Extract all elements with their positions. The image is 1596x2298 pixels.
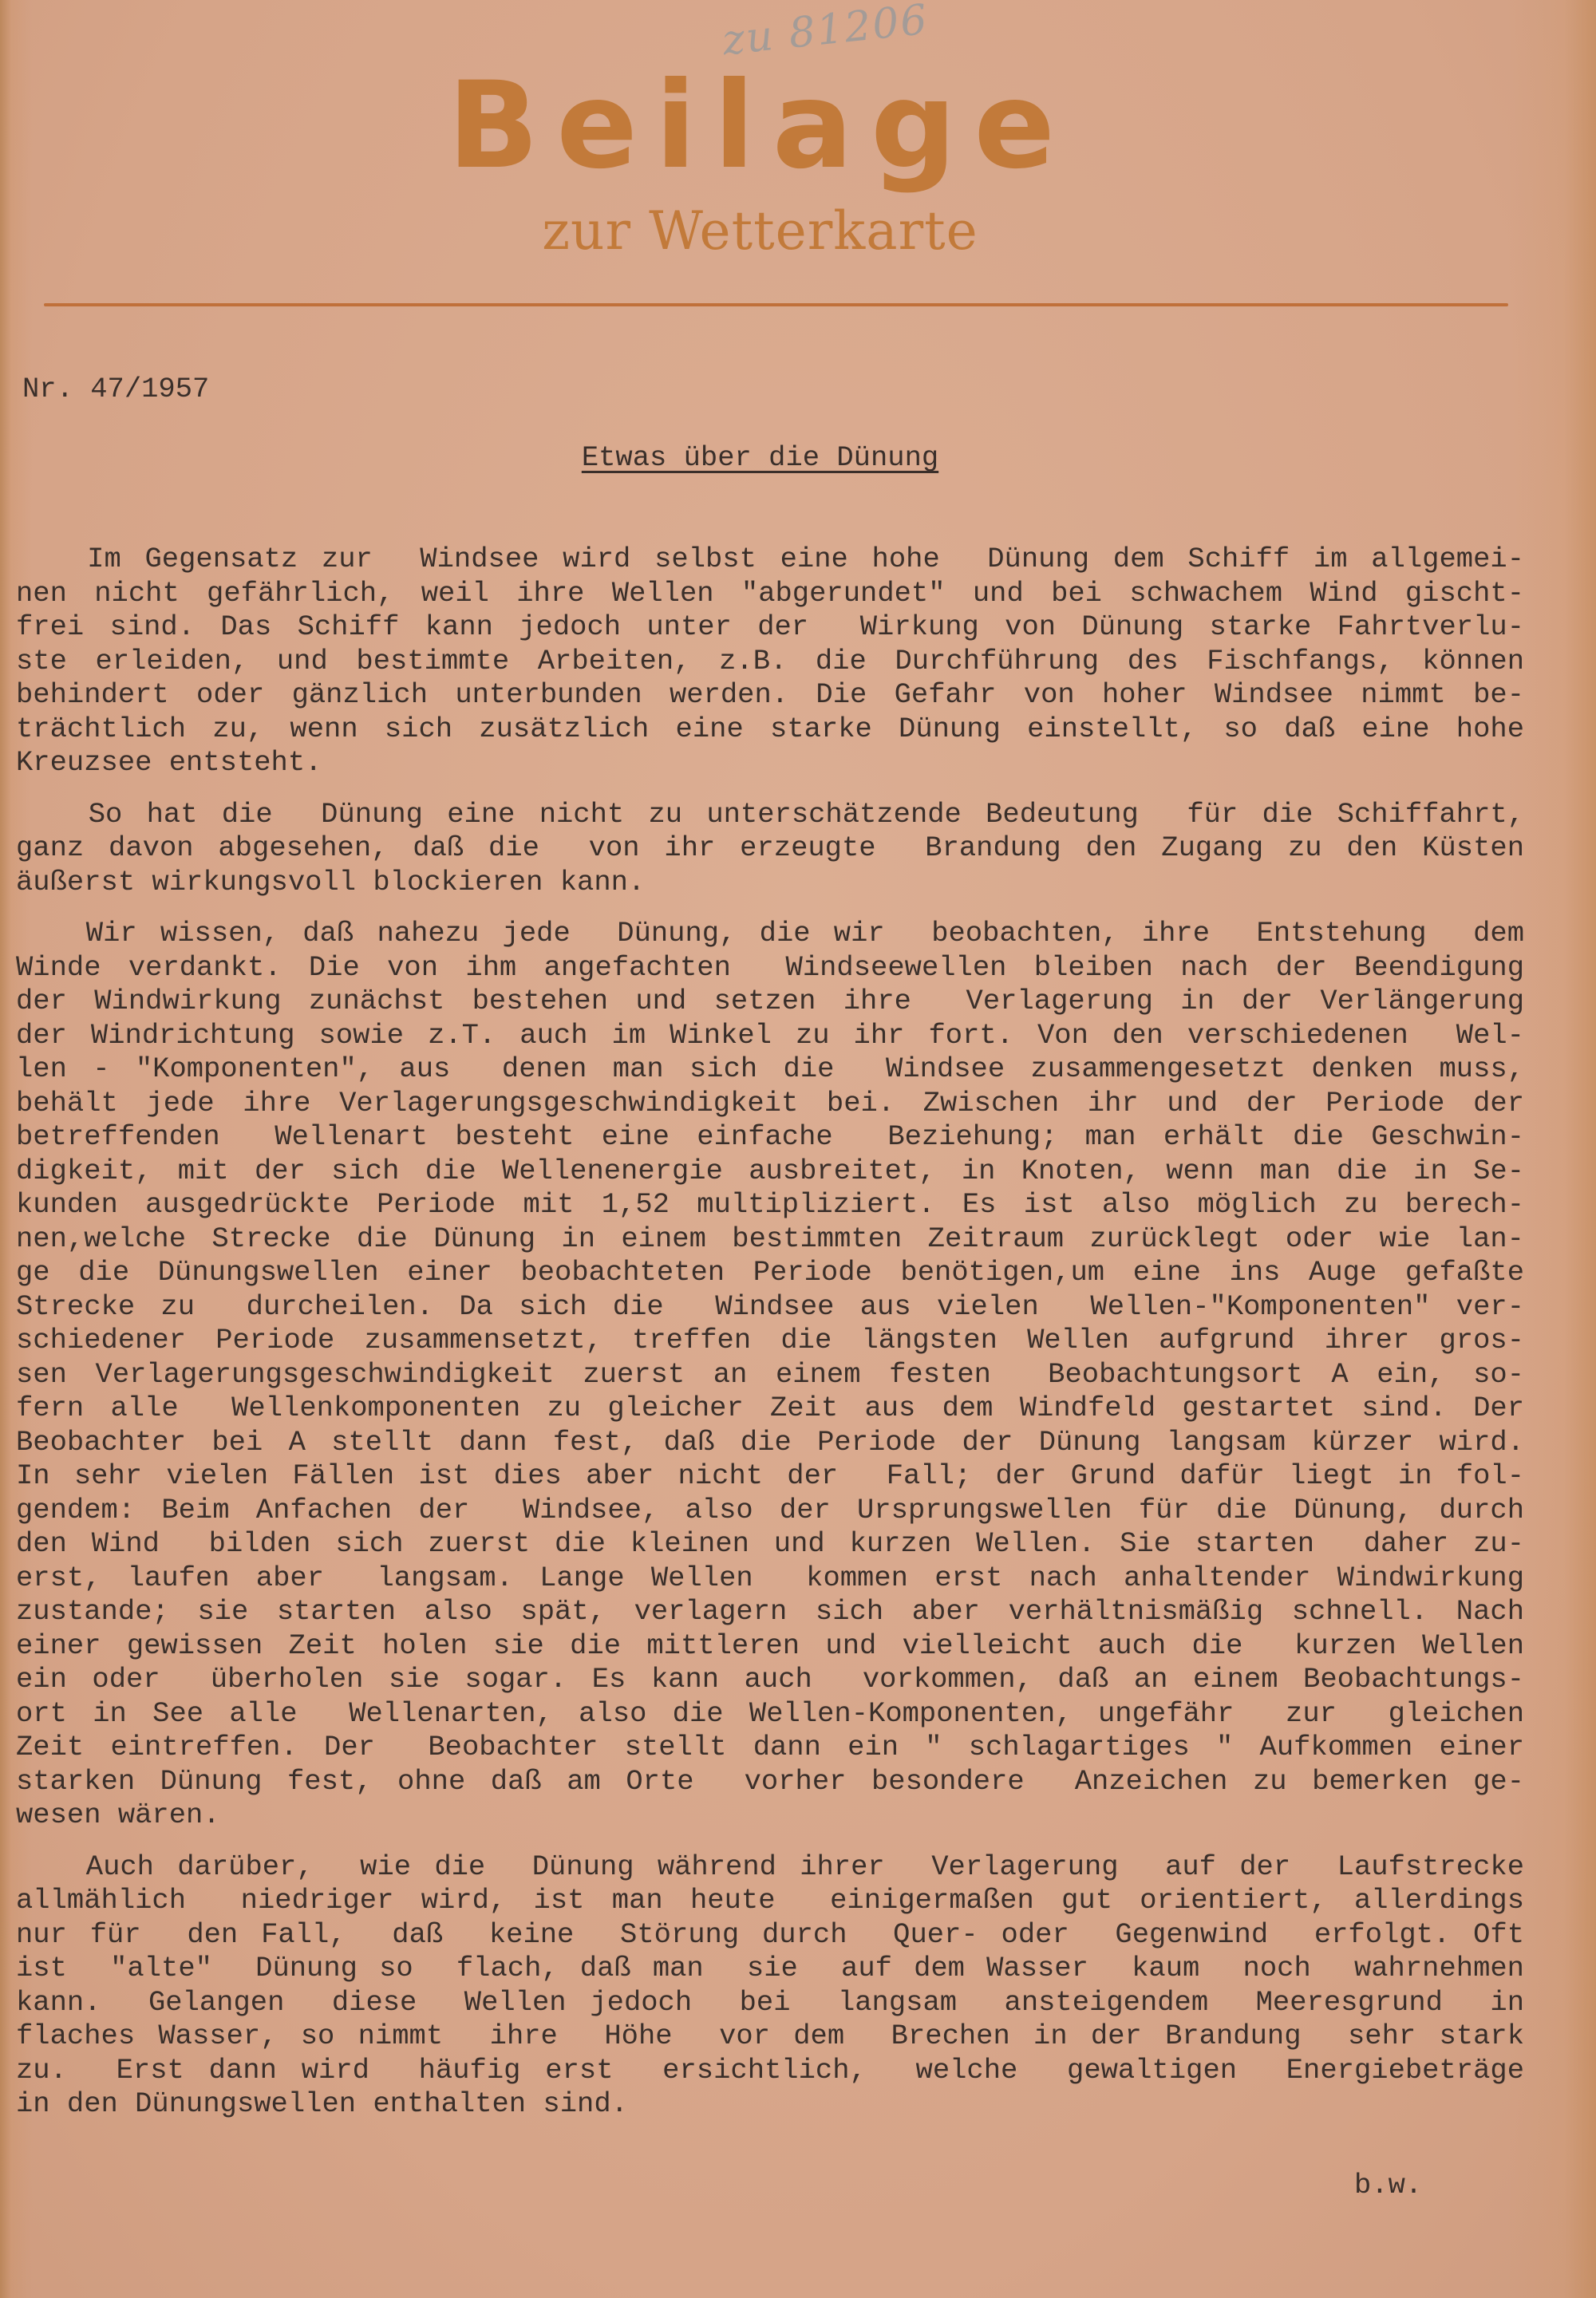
text-line: erst, laufen aber langsam. Lange Wellen … [16,1562,1524,1596]
paragraph-1: Im Gegensatz zur Windsee wird selbst ein… [16,543,1524,780]
text-line: ein oder überholen sie sogar. Es kann au… [16,1663,1524,1697]
text-line: flaches Wasser, so nimmt ihre Höhe vor d… [16,2020,1524,2054]
text-line: len - "Komponenten", aus denen man sich … [16,1052,1524,1087]
text-line: zustande; sie starten also spät, verlage… [16,1595,1524,1629]
text-line: nen nicht gefährlich, weil ihre Wellen "… [16,577,1524,611]
article-title: Etwas über die Dünung [0,441,1520,474]
issue-number: Nr. 47/1957 [22,373,209,405]
text-line: den Wind bilden sich zuerst die kleinen … [16,1527,1524,1562]
text-line: Auch darüber, wie die Dünung während ihr… [16,1850,1524,1885]
text-line: So hat die Dünung eine nicht zu untersch… [16,798,1524,832]
text-line: frei sind. Das Schiff kann jedoch unter … [16,610,1524,645]
text-line: ste erleiden, und bestimmte Arbeiten, z.… [16,645,1524,679]
text-line: einer gewissen Zeit holen sie die mittle… [16,1629,1524,1664]
text-line: Winde verdankt. Die von ihm angefachten … [16,951,1524,985]
paragraph-2: So hat die Dünung eine nicht zu untersch… [16,798,1524,900]
text-line: trächtlich zu, wenn sich zusätzlich eine… [16,713,1524,747]
text-line: behält jede ihre Verlagerungsgeschwindig… [16,1087,1524,1121]
text-line: Zeit eintreffen. Der Beobachter stellt d… [16,1731,1524,1765]
text-line: der Windwirkung zunächst bestehen und se… [16,985,1524,1019]
text-line: äußerst wirkungsvoll blockieren kann. [16,866,1524,900]
masthead-divider [44,303,1508,306]
text-line: ganz davon abgesehen, daß die von ihr er… [16,831,1524,866]
document-page: zu 81206 Beilage zur Wetterkarte Nr. 47/… [0,0,1596,2298]
text-line: wesen wären. [16,1799,1524,1833]
text-line: allmählich niedriger wird, ist man heute… [16,1884,1524,1918]
article-title-text: Etwas über die Dünung [582,441,938,474]
text-line: Kreuzsee entsteht. [16,746,1524,780]
text-line: der Windrichtung sowie z.T. auch im Wink… [16,1019,1524,1053]
text-line: gendem: Beim Anfachen der Windsee, also … [16,1494,1524,1528]
text-line: nen,welche Strecke die Dünung in einem b… [16,1222,1524,1257]
text-line: kann. Gelangen diese Wellen jedoch bei l… [16,1986,1524,2020]
text-line: schiedener Periode zusammensetzt, treffe… [16,1324,1524,1358]
text-line: Im Gegensatz zur Windsee wird selbst ein… [16,543,1524,577]
text-line: digkeit, mit der sich die Wellenenergie … [16,1155,1524,1189]
text-line: Beobachter bei A stellt dann fest, daß d… [16,1426,1524,1460]
masthead-subtitle: zur Wetterkarte [0,199,1520,263]
paragraph-4: Auch darüber, wie die Dünung während ihr… [16,1850,1524,2122]
text-line: In sehr vielen Fällen ist dies aber nich… [16,1459,1524,1494]
text-line: ist "alte" Dünung so flach, daß man sie … [16,1952,1524,1986]
article-body: Im Gegensatz zur Windsee wird selbst ein… [16,543,1524,2139]
text-line: zu. Erst dann wird häufig erst ersichtli… [16,2054,1524,2088]
page-turn-note: b.w. [1354,2169,1422,2201]
text-line: kunden ausgedrückte Periode mit 1,52 mul… [16,1188,1524,1222]
text-line: betreffenden Wellenart besteht eine einf… [16,1120,1524,1155]
text-line: behindert oder gänzlich unterbunden werd… [16,678,1524,713]
paragraph-3: Wir wissen, daß nahezu jede Dünung, die … [16,917,1524,1833]
text-line: sen Verlagerungsgeschwindigkeit zuerst a… [16,1358,1524,1392]
text-line: Strecke zu durcheilen. Da sich die Winds… [16,1290,1524,1325]
text-line: in den Dünungswellen enthalten sind. [16,2087,1524,2122]
text-line: ort in See alle Wellenarten, also die We… [16,1697,1524,1731]
text-line: Wir wissen, daß nahezu jede Dünung, die … [16,917,1524,951]
text-line: fern alle Wellenkomponenten zu gleicher … [16,1392,1524,1426]
masthead-title: Beilage [0,62,1520,190]
text-line: nur für den Fall, daß keine Störung durc… [16,1918,1524,1953]
handwritten-archive-note: zu 81206 [721,0,932,65]
text-line: starken Dünung fest, ohne daß am Orte vo… [16,1765,1524,1799]
text-line: ge die Dünungswellen einer beobachteten … [16,1256,1524,1290]
